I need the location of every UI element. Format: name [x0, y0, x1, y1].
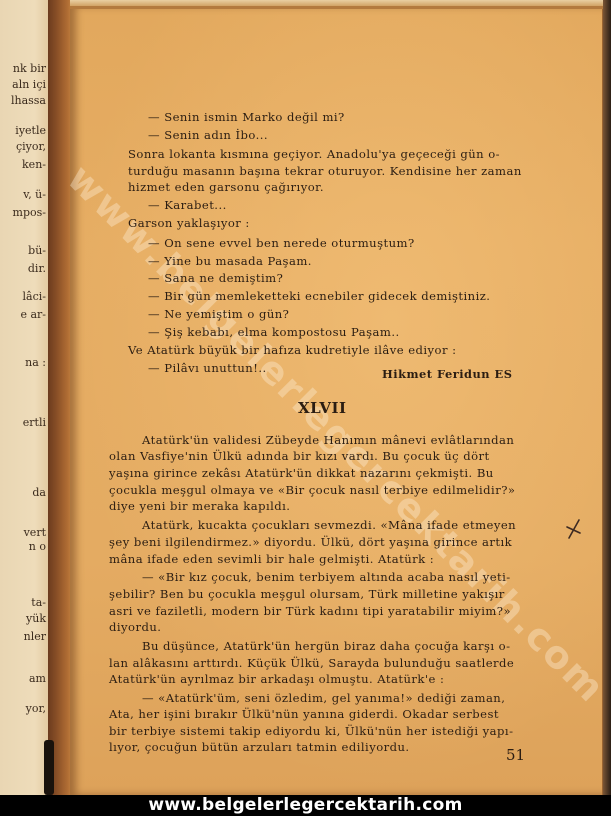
chapter-line: yaşına girince zekâsı Atatürk'ün dikkat … [109, 466, 494, 480]
left-page-fragment: lhassa [11, 94, 46, 107]
left-page-fragment: e ar- [20, 308, 46, 321]
left-page-fragment: n o [29, 540, 46, 553]
chapter-line: şey beni ilgilendirmez.» diyordu. Ülkü, … [109, 535, 512, 549]
book-page: www.belgelerlegercektarih.com Senin ismi… [70, 6, 605, 795]
chapter-line: — «Bir kız çocuk, benim terbiyem altında… [142, 570, 511, 584]
left-page-fragment: vert [24, 526, 46, 539]
story-line: Sana ne demiştim? [148, 271, 283, 285]
chapter-line: şebilir? Ben bu çocukla meşgul olursam, … [109, 587, 505, 601]
left-page-fragment: çiyor, [16, 140, 46, 153]
story-line: Senin ismin Marko değil mi? [148, 110, 345, 124]
story-line: On sene evvel ben nerede oturmuştum? [148, 236, 415, 250]
chapter-line: Ata, her işini bırakır Ülkü'nün yanına g… [109, 707, 499, 721]
story-line: hizmet eden garsonu çağırıyor. [128, 180, 324, 194]
left-page-fragment: aln içi [12, 78, 46, 91]
left-page-fragment: mpos- [13, 206, 46, 219]
chapter-line: bir terbiye sistemi takip ediyordu ki, Ü… [109, 724, 513, 738]
story-line: Sonra lokanta kısmına geçiyor. Anadolu'y… [128, 147, 500, 161]
chapter-line: Atatürk, kucakta çocukları sevmezdi. «Mâ… [142, 518, 516, 532]
left-page-fragment: yük [26, 612, 46, 625]
chapter-line: Bu düşünce, Atatürk'ün hergün biraz daha… [142, 639, 510, 653]
left-page-fragment: lâci- [23, 290, 46, 303]
right-shadow-edge [603, 0, 611, 795]
chapter-line: Atatürk'ün ayrılmaz bir arkadaşı olmuştu… [109, 672, 444, 686]
story-line: Senin adın İbo... [148, 128, 268, 142]
left-page-fragment: yor, [26, 702, 46, 715]
story-line: turduğu masanın başına tekrar oturuyor. … [128, 164, 522, 178]
left-page-fragment: nk bir [13, 62, 46, 75]
story-line: Ne yemiştim o gün? [148, 307, 289, 321]
chapter-line: çocukla meşgul olmaya ve «Bir çocuk nası… [109, 483, 515, 497]
story-line: Garson yaklaşıyor : [128, 216, 250, 230]
chapter-line: diyordu. [109, 620, 161, 634]
left-page-fragment: v, ü- [23, 188, 46, 201]
footer-banner: www.belgelerlegercektarih.com [0, 795, 611, 816]
page-number: 51 [506, 746, 525, 764]
story-line: Şiş kebabı, elma kompostosu Paşam.. [148, 325, 400, 339]
pen-x-mark-icon [564, 518, 586, 540]
left-page-fragment: bü- [28, 244, 46, 257]
chapter-line: asri ve faziletli, modern bir Türk kadın… [109, 604, 511, 618]
left-page-fragment: ta- [31, 596, 46, 609]
chapter-line: diye yeni bir meraka kapıldı. [109, 499, 290, 513]
chapter-line: mâna ifade eden sevimli bir hale gelmişt… [109, 552, 434, 566]
chapter-line: lıyor, çocuğun bütün arzuları tatmin edi… [109, 740, 410, 754]
chapter-line: — «Atatürk'üm, seni özledim, gel yanıma!… [142, 691, 505, 705]
chapter-line: Atatürk'ün validesi Zübeyde Hanımın mâne… [142, 433, 514, 447]
story-line: Karabet... [148, 198, 227, 212]
author-signature: Hikmet Feridun ES [382, 367, 512, 381]
chapter-line: olan Vasfiye'nin Ülkü adında bir kızı va… [109, 449, 490, 463]
left-page-fragment: ertli [23, 416, 46, 429]
left-page-fragment: dir. [28, 262, 46, 275]
chapter-line: lan alâkasını arttırdı. Küçük Ülkü, Sara… [109, 656, 514, 670]
left-page-fragment: na : [25, 356, 46, 369]
chapter-title: XLVII [298, 399, 347, 417]
left-page-fragment: ken- [22, 158, 46, 171]
story-line: Ve Atatürk büyük bir hafıza kudretiyle i… [128, 343, 456, 357]
binding-shadow [44, 740, 54, 795]
left-page-fragment: iyetle [15, 124, 46, 137]
adjacent-left-page: nk biraln içilhassaiyetleçiyor,ken-v, ü-… [0, 0, 50, 795]
left-page-fragment: da [32, 486, 46, 499]
story-line: Pilâvı unuttun!.. [148, 361, 267, 375]
footer-url: www.belgelerlegercektarih.com [148, 795, 462, 815]
story-line: Yine bu masada Paşam. [148, 254, 312, 268]
story-line: Bir gün memleketteki ecnebiler gidecek d… [148, 289, 490, 303]
left-page-fragment: nler [24, 630, 46, 643]
left-page-fragment: am [29, 672, 46, 685]
